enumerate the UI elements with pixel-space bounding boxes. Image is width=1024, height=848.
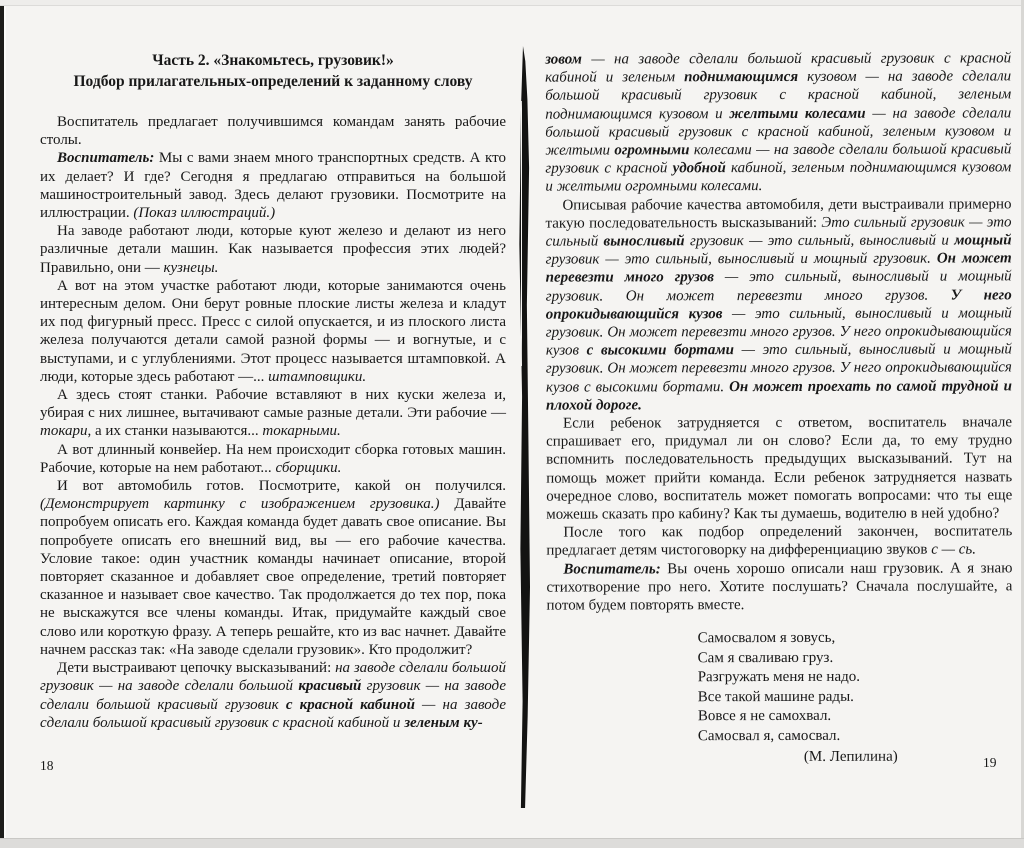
text-run: штамповщики. xyxy=(268,369,366,385)
page-number-right: 19 xyxy=(983,755,997,771)
text-run: с высокими бортами xyxy=(587,342,734,358)
gutter-hairline xyxy=(521,101,522,366)
paragraph: Описывая рабочие качества автомобиля, де… xyxy=(545,195,1012,415)
paragraph: И вот автомобиль готов. Посмотрите, како… xyxy=(40,477,506,659)
paragraph: Дети выстраивают цепочку высказываний: н… xyxy=(40,659,506,732)
text-run: токари xyxy=(40,423,87,439)
text-run: сборщики. xyxy=(275,460,341,476)
poem-lines: Самосвалом я зовусь,Сам я сваливаю груз.… xyxy=(698,629,1013,747)
text-run: токарными. xyxy=(262,423,340,439)
text-run: Воспитатель: xyxy=(57,150,154,166)
book-binding-gutter xyxy=(517,46,530,808)
text-run: мощный xyxy=(954,232,1011,248)
text-run: Если ребенок затрудняется с ответом, вос… xyxy=(546,414,1012,522)
paragraph: После того как подбор определений законч… xyxy=(546,523,1012,561)
paragraph: Воспитатель: Мы с вами знаем много транс… xyxy=(40,149,506,222)
poem-line: Вовсе я не самохвал. xyxy=(698,707,1013,727)
poem-line: Сам я сваливаю груз. xyxy=(698,648,1013,668)
poem-author: (М. Лепилина) xyxy=(804,748,1013,768)
text-run: (Показ иллюстраций.) xyxy=(133,205,275,221)
text-run: На заводе работают люди, которые куют же… xyxy=(40,223,506,275)
section-title-line1: Часть 2. «Знакомьтесь, грузовик!» xyxy=(40,50,506,71)
page-number-left: 18 xyxy=(40,758,54,774)
poem-block: Самосвалом я зовусь,Сам я сваливаю груз.… xyxy=(698,629,1013,768)
paragraph: А здесь стоят станки. Рабочие вставляют … xyxy=(40,386,506,441)
text-run: Давайте попробуем описать его. Каждая ко… xyxy=(40,496,506,658)
text-run: Воспитатель предлагает получившимся кома… xyxy=(40,114,506,148)
text-run: с — сь. xyxy=(931,542,976,558)
poem-line: Все такой машине рады. xyxy=(698,687,1013,707)
text-run: Дети выстраивают цепочку высказываний: xyxy=(57,660,335,676)
text-run: с красной кабиной xyxy=(286,697,415,713)
text-run: Воспитатель: xyxy=(563,561,660,577)
text-run: (Демонстрирует картинку с изображением г… xyxy=(40,496,440,512)
text-run: , а их станки называются... xyxy=(87,423,262,439)
scan-edge-top xyxy=(0,0,1024,6)
poem-line: Разгружать меня не надо. xyxy=(698,668,1013,688)
text-run: кузнецы. xyxy=(164,260,219,276)
text-run: грузовик — это сильный, выносливый и мощ… xyxy=(546,251,937,268)
paragraph: А вот длинный конвейер. На нем происходи… xyxy=(40,441,506,477)
paragraph: Если ребенок затрудняется с ответом, вос… xyxy=(546,413,1012,523)
page-left-body: Воспитатель предлагает получившимся кома… xyxy=(40,113,506,732)
paragraph: На заводе работают люди, которые куют же… xyxy=(40,222,506,277)
paragraph: зовом — на заводе сделали большой красив… xyxy=(545,49,1011,196)
page-left: Часть 2. «Знакомьтесь, грузовик!» Подбор… xyxy=(40,50,506,732)
text-run: А здесь стоят станки. Рабочие вставляют … xyxy=(40,387,506,421)
paragraph: Воспитатель предлагает получившимся кома… xyxy=(40,113,506,149)
text-run: поднимающимся xyxy=(684,69,798,85)
text-run: И вот автомобиль готов. Посмотрите, како… xyxy=(57,478,506,494)
text-run: красивый xyxy=(298,678,361,694)
text-run: зовом xyxy=(545,52,582,68)
text-run: выносливый xyxy=(604,233,685,249)
text-run: А вот длинный конвейер. На нем происходи… xyxy=(40,442,506,476)
text-run: огромными xyxy=(614,142,689,158)
scan-edge-left-highlight xyxy=(4,6,6,848)
scan-edge-bottom xyxy=(0,838,1024,848)
text-run: зеленым ку- xyxy=(404,715,483,731)
text-run: желтыми колесами xyxy=(729,105,865,121)
paragraph: Воспитатель: Вы очень хорошо описали наш… xyxy=(546,559,1012,615)
page-right: зовом — на заводе сделали большой красив… xyxy=(545,49,1013,768)
poem-line: Самосвал я, самосвал. xyxy=(698,726,1013,746)
text-run: удобной xyxy=(673,160,726,176)
book-scan: Часть 2. «Знакомьтесь, грузовик!» Подбор… xyxy=(0,0,1024,848)
paragraph: А вот на этом участке работают люди, кот… xyxy=(40,277,506,386)
page-right-body: зовом — на заводе сделали большой красив… xyxy=(545,49,1012,615)
poem-line: Самосвалом я зовусь, xyxy=(698,629,1013,649)
text-run: грузовик — это сильный, выносливый и xyxy=(685,233,955,250)
section-title: Часть 2. «Знакомьтесь, грузовик!» Подбор… xyxy=(40,50,506,92)
section-title-line2: Подбор прилагательных-определений к зада… xyxy=(40,71,506,92)
